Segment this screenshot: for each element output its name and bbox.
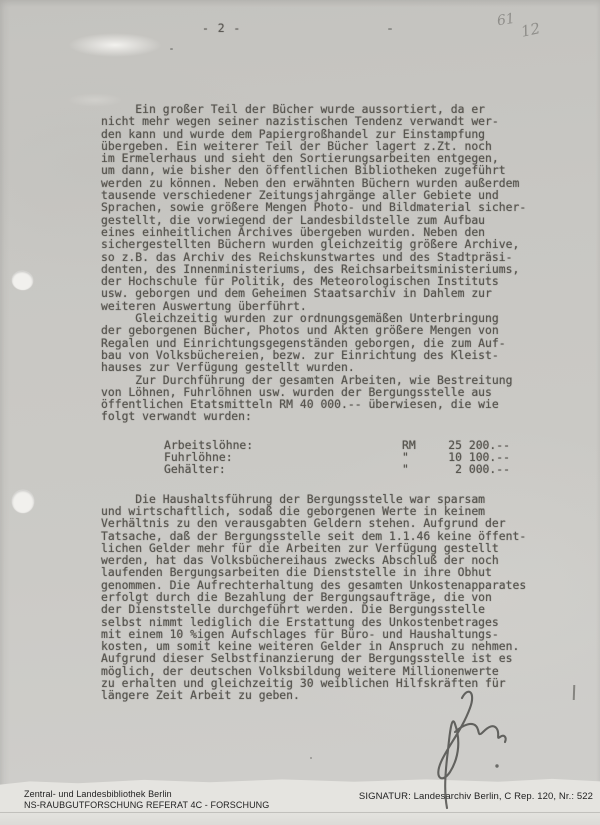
signature-ink-dot xyxy=(495,764,498,767)
paper-speck xyxy=(310,757,312,759)
paragraph-self-financing: Die Haushaltsführung der Bergungsstelle … xyxy=(101,493,541,702)
expenses-table: Arbeitslöhne:RM25 200.-- Fuhrlöhne:"10 1… xyxy=(101,439,541,476)
expense-amount: 2 000.-- xyxy=(428,463,510,475)
hole-punch-top xyxy=(11,270,34,292)
letter-body: Ein großer Teil der Bücher wurde aussort… xyxy=(101,103,541,702)
paper-speck xyxy=(170,48,173,50)
page-number: - 2 - xyxy=(202,21,241,35)
archive-institution-label: Zentral- und Landesbibliothek Berlin NS-… xyxy=(24,789,269,811)
paragraph-storage: Gleichzeitig wurden zur ordnungsgemäßen … xyxy=(101,312,541,373)
paragraph-books-sorted: Ein großer Teil der Bücher wurde aussort… xyxy=(101,103,541,312)
expense-label: Gehälter: xyxy=(164,463,402,475)
handwritten-signature xyxy=(398,682,578,814)
scanned-page: - 2 - 61 12 Ein großer Teil der Bücher w… xyxy=(0,0,600,825)
hole-punch-bottom xyxy=(12,490,34,513)
expense-currency: " xyxy=(402,463,428,475)
paragraph-funding: Zur Durchführung der gesamten Arbeiten, … xyxy=(101,374,541,423)
table-row: Gehälter:"2 000.-- xyxy=(101,463,541,475)
institution-line1: Zentral- und Landesbibliothek Berlin xyxy=(24,789,269,800)
paper-speck xyxy=(388,28,392,30)
handwritten-folio-number: 61 xyxy=(496,11,516,30)
institution-line2: NS-RAUBGUTFORSCHUNG REFERAT 4C - FORSCHU… xyxy=(24,800,269,811)
handwritten-folio-number-2: 12 xyxy=(519,19,541,41)
